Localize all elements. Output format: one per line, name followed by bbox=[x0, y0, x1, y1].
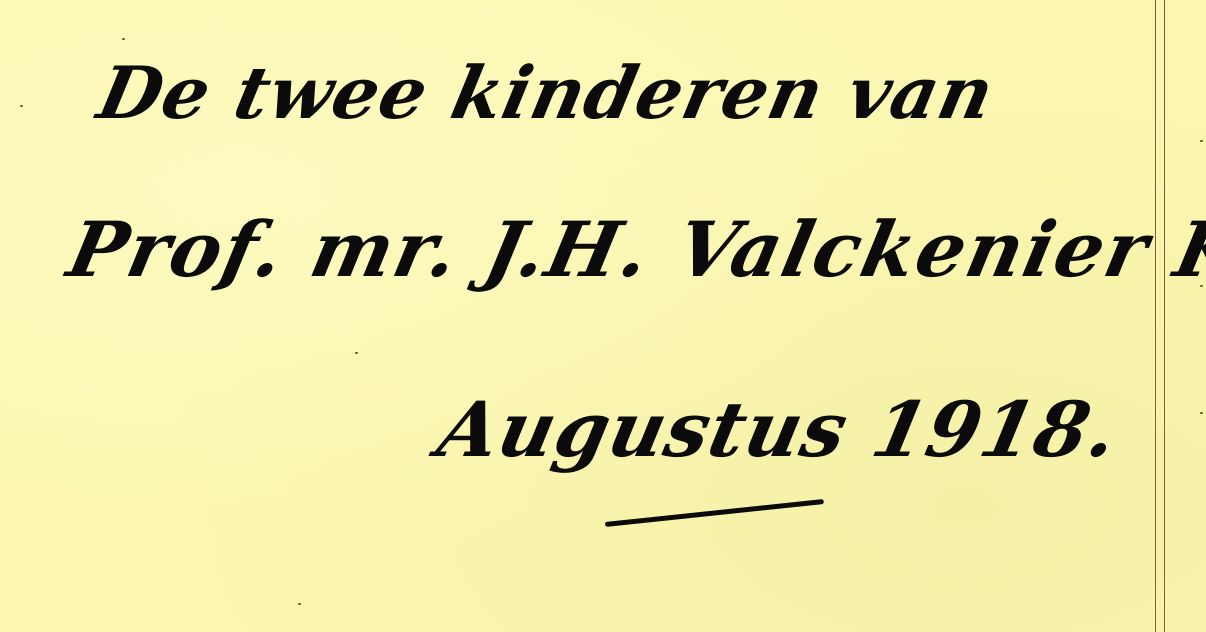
paper-speck bbox=[355, 352, 358, 354]
paper-speck bbox=[20, 105, 23, 107]
paper-speck bbox=[298, 603, 301, 605]
handwritten-date-line: Augustus 1918. bbox=[431, 385, 1127, 474]
paper-speck bbox=[1200, 140, 1203, 142]
handwritten-line-2: Prof. mr. J.H. Valckenier Kips bbox=[61, 205, 1206, 294]
paper-speck bbox=[1200, 412, 1203, 414]
handwritten-line-1: De twee kinderen van bbox=[91, 50, 1002, 135]
paper-speck bbox=[122, 38, 125, 40]
margin-rule-line bbox=[1155, 0, 1156, 632]
margin-rule-line bbox=[1164, 0, 1165, 632]
